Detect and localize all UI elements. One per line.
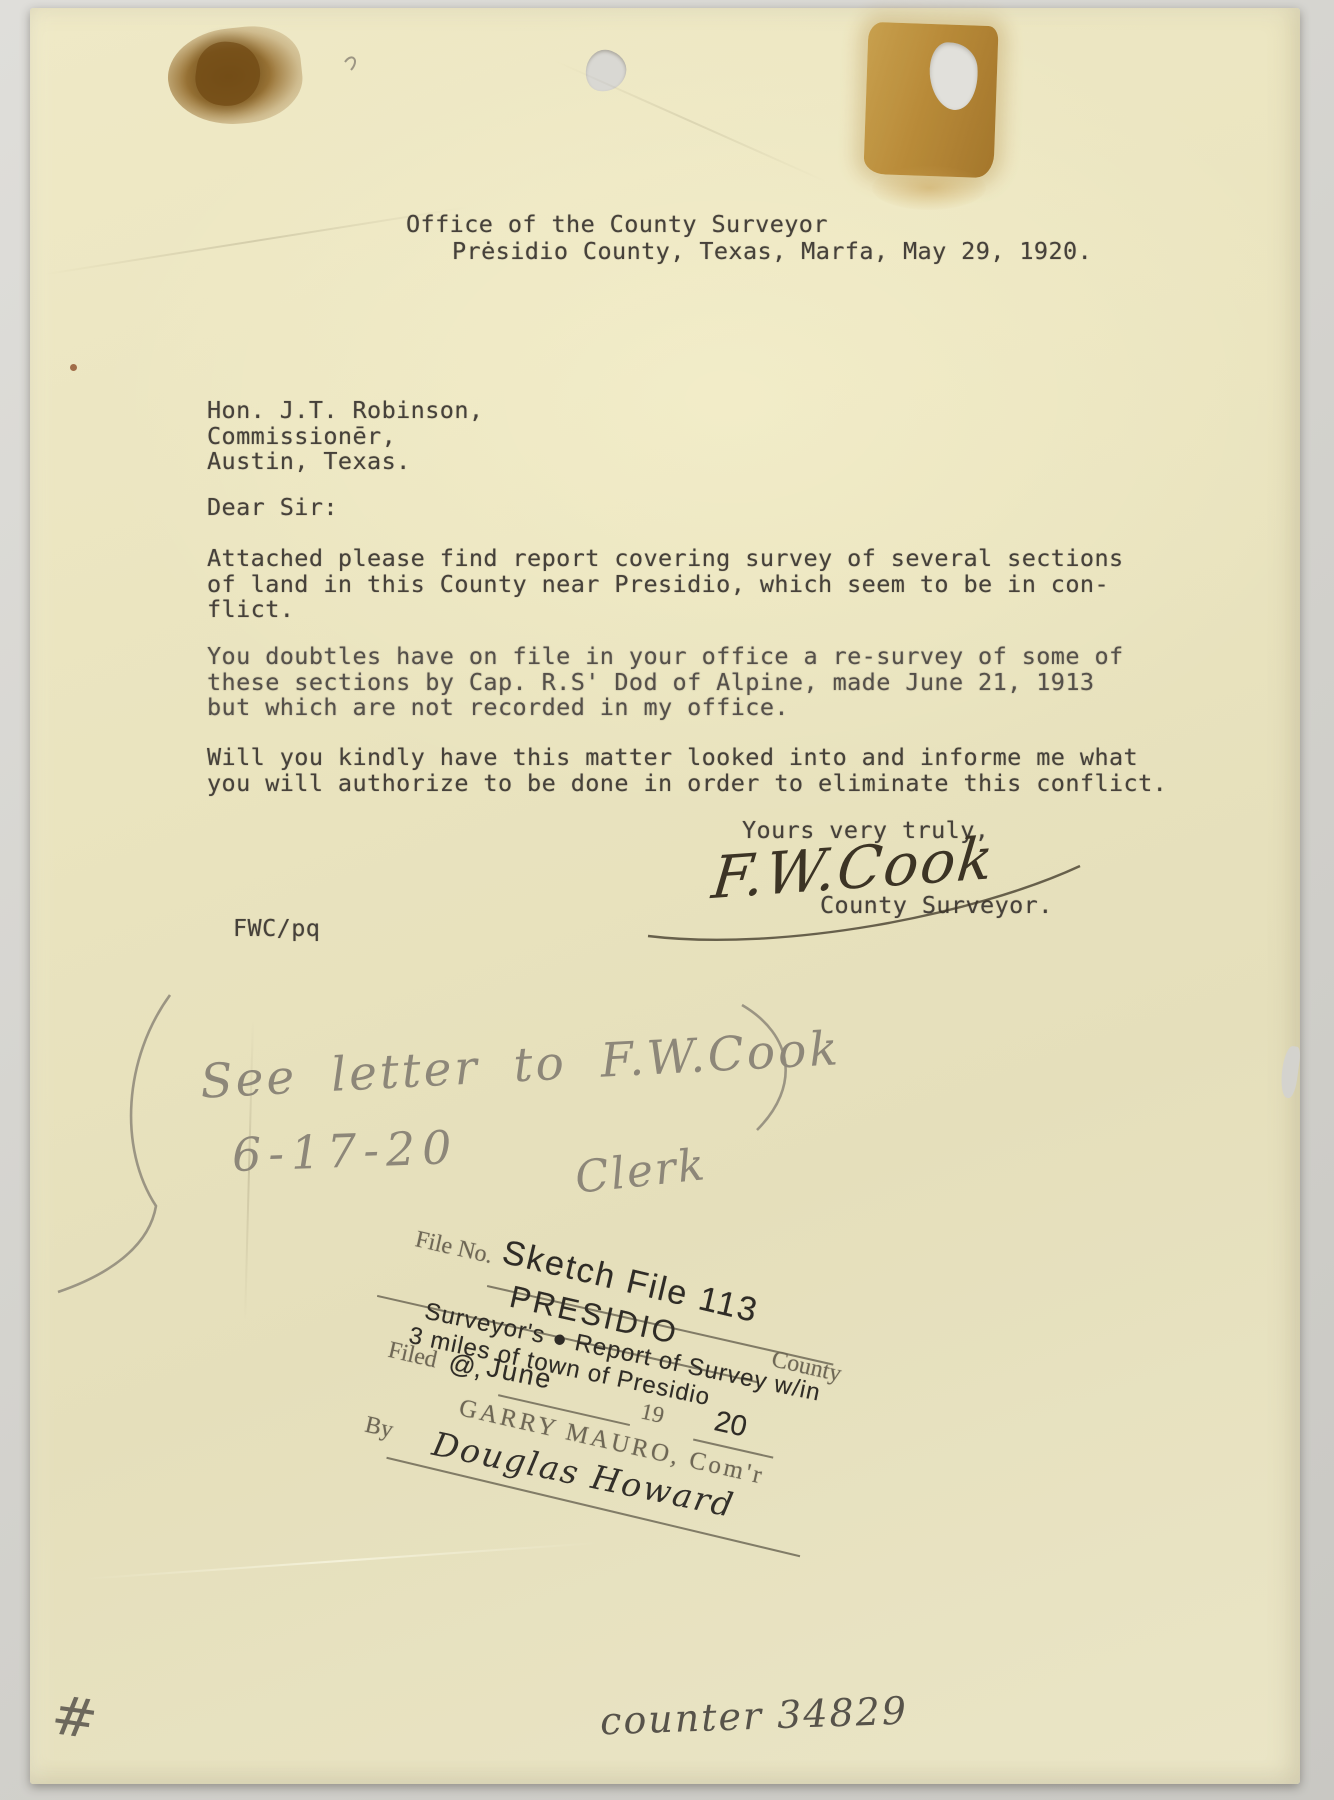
pencil-note-date: 6-17-20 xyxy=(231,1120,459,1182)
body-paragraph-1: Attached please find report covering sur… xyxy=(207,546,1124,623)
typist-reference: FWC/pq xyxy=(233,916,320,942)
recipient-city: Austin, Texas. xyxy=(207,449,483,475)
year-value: 20 xyxy=(711,1405,750,1444)
salutation: Dear Sir: xyxy=(207,495,338,521)
signer-title: County Surveyor. xyxy=(820,893,1053,919)
paragraph-line: these sections by Cap. R.S' Dod of Alpin… xyxy=(207,670,1124,696)
paragraph-line: flict. xyxy=(207,597,1124,623)
recipient-block: Hon. J.T. Robinson,Commissionēr,Austin, … xyxy=(207,398,483,475)
year-prefix: 19 xyxy=(638,1399,666,1429)
ink-speck xyxy=(70,364,77,371)
recipient-title: Commissionēr, xyxy=(207,424,483,450)
body-paragraph-2: You doubtles have on file in your office… xyxy=(207,644,1124,721)
paragraph-line: Attached please find report covering sur… xyxy=(207,546,1124,572)
recipient-name: Hon. J.T. Robinson, xyxy=(207,398,483,424)
body-paragraph-3: Will you kindly have this matter looked … xyxy=(207,745,1167,796)
tally-mark: # xyxy=(48,1683,102,1752)
stain-top-right-wash xyxy=(872,166,986,210)
by-label: By xyxy=(362,1412,395,1445)
paragraph-line: You doubtles have on file in your office… xyxy=(207,644,1124,670)
stain-top-right xyxy=(863,22,998,178)
paragraph-line: you will authorize to be done in order t… xyxy=(207,771,1167,797)
filed-at-mark: @, xyxy=(446,1347,486,1385)
letterhead-office-line: Office of the County Surveyor xyxy=(406,212,828,238)
paragraph-line: Will you kindly have this matter looked … xyxy=(207,745,1167,771)
paragraph-line: but which are not recorded in my office. xyxy=(207,695,1124,721)
letterhead-date-line: Prėsidio County, Texas, Marfa, May 29, 1… xyxy=(452,239,1092,265)
paragraph-line: of land in this County near Presidio, wh… xyxy=(207,572,1124,598)
